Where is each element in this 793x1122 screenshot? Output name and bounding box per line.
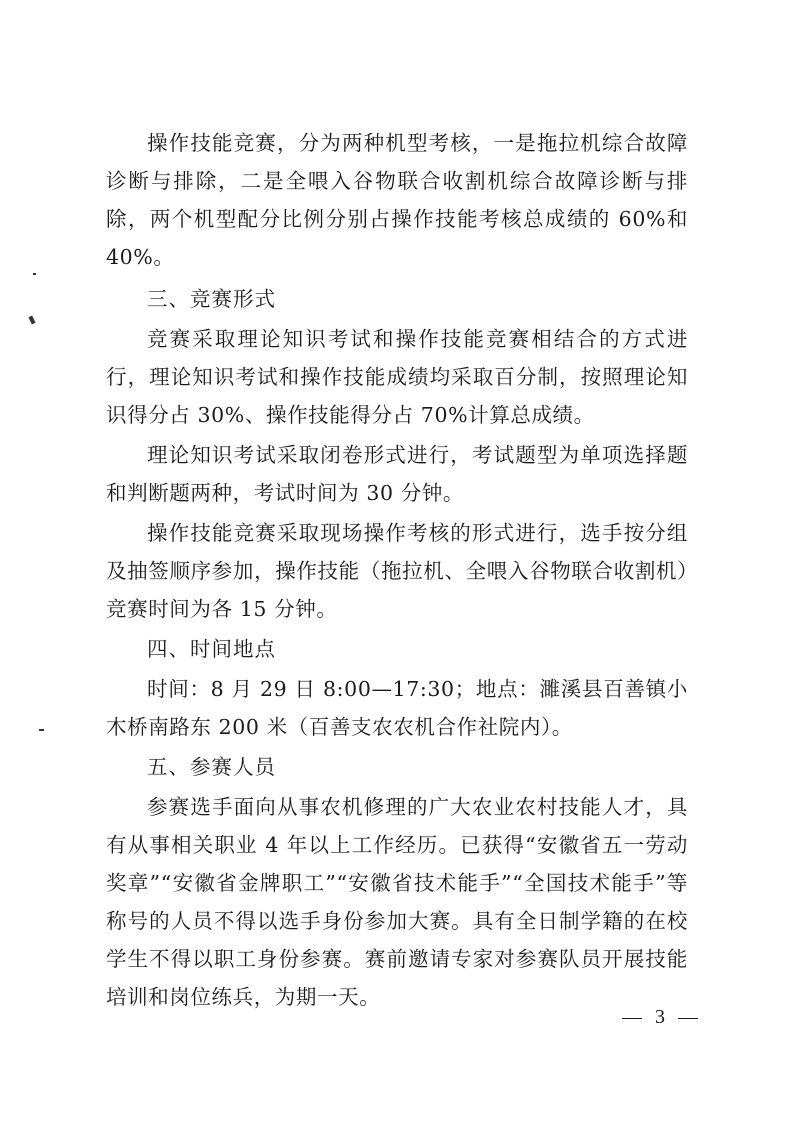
margin-mark bbox=[28, 316, 35, 325]
paragraph-skill-competition: 操作技能竞赛采取现场操作考核的形式进行，选手按分组及抽签顺序参加，操作技能（拖拉… bbox=[106, 514, 688, 628]
margin-mark bbox=[39, 729, 44, 731]
margin-mark bbox=[33, 273, 36, 275]
document-body: 操作技能竞赛，分为两种机型考核，一是拖拉机综合故障诊断与排除，二是全喂入谷物联合… bbox=[106, 124, 688, 1016]
paragraph-theory-exam: 理论知识考试采取闭卷形式进行，考试题型为单项选择题和判断题两种，考试时间为 30… bbox=[106, 436, 688, 512]
paragraph-time-location: 时间：8 月 29 日 8:00—17:30；地点：濉溪县百善镇小木桥南路东 2… bbox=[106, 670, 688, 746]
paragraph-participants: 参赛选手面向从事农机修理的广大农业农村技能人才，具有从事相关职业 4 年以上工作… bbox=[106, 788, 688, 1016]
page-number: — 3 — bbox=[622, 1006, 702, 1029]
document-page: 操作技能竞赛，分为两种机型考核，一是拖拉机综合故障诊断与排除，二是全喂入谷物联合… bbox=[0, 0, 793, 1122]
paragraph-competition-method: 竞赛采取理论知识考试和操作技能竞赛相结合的方式进行，理论知识考试和操作技能成绩均… bbox=[106, 320, 688, 434]
heading-competition-format: 三、竞赛形式 bbox=[106, 280, 688, 318]
heading-participants: 五、参赛人员 bbox=[106, 748, 688, 786]
paragraph-operation-skill: 操作技能竞赛，分为两种机型考核，一是拖拉机综合故障诊断与排除，二是全喂入谷物联合… bbox=[106, 124, 688, 276]
heading-time-location: 四、时间地点 bbox=[106, 630, 688, 668]
